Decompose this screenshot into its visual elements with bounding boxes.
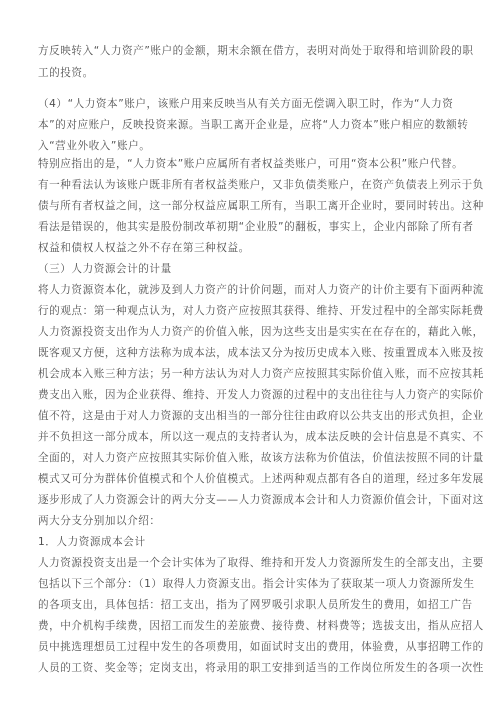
text-line: 值不符，这是由于对人力资源的支出相当的一部分往往由政府以公共支出的形式负担，企业 [38, 409, 484, 423]
text-line: （4）“人力资本”账户，该账户用来反映当从有关方面无偿调入职工时，作为“人力资 [38, 97, 453, 111]
text-line: 机会成本入账三种方法；另一种方法认为对人力资产应按照其实际价值入账，而不应按其耗 [38, 367, 484, 381]
text-line: 人员的工资、奖金等；定岗支出，将录用的职工安排到适当的工作岗位所发生的各项一次性 [38, 661, 484, 675]
text-line: 工的投资。 [38, 66, 94, 80]
heading-text: （三）人力资源会计的计量 [38, 262, 172, 276]
text-line: 逐步形成了人力资源会计的两大分支——人力资源成本会计和人力资源价值会计，下面对这 [38, 493, 484, 507]
heading-text: 1．人力资源成本会计 [38, 535, 146, 549]
text-line: 人力资源投资支出是一个会计实体为了取得、维持和开发人力资源所发生的全部支出，主要 [38, 556, 484, 570]
text-line: 特别应指出的是，“人力资本”账户应属所有者权益类账户，可用“资本公积”账户代替。 [38, 157, 463, 171]
text-line: 方反映转入“人力资产”账户的金额，期末余额在借方，表明对尚处于取得和培训阶段的职 [38, 44, 474, 58]
text-line: 权益和债权人权益之外不存在第三种权益。 [38, 241, 250, 255]
text-line: 入“营业外收入”账户。 [38, 139, 150, 153]
text-line: 的各项支出，具体包括：招工支出，指为了网罗吸引求职人员所发生的费用，如招工广告 [38, 598, 473, 612]
text-line: 人力资源投资支出作为人力资产的价值入帐，因为这些支出是实实在在存在的，藉此入帐， [38, 325, 484, 339]
text-line: 两大分支分别加以介绍： [38, 514, 161, 528]
text-line: 全面的，对人力资产应按照其实际价值入账，故该方法称为价值法，价值法按照不同的计量 [38, 451, 484, 465]
text-line: 债与所有者权益之间，这一部分权益应属职工所有，当职工离开企业时，要同时转出。这种 [38, 199, 484, 213]
text-line: 将人力资源资本化，就涉及到人力资产的计价问题，而对人力资产的计价主要有下面两种流 [38, 283, 484, 297]
text-line: 既客观又方便，这种方法称为成本法，成本法又分为按历史成本入账、按重置成本入账及按 [38, 346, 484, 360]
text-line: 费，中介机构手续费，因招工而发生的差旅费、接待费、材料费等；选拔支出，指从应招人 [38, 619, 484, 633]
text-line: 本”的对应账户，反映投资来源。当职工离开企业是，应将“人力资本”账户相应的数额转 [38, 118, 468, 132]
text-line: 看法是错误的，他其实是股份制改革初期“企业股”的翻板，事实上，企业内部除了所有者 [38, 220, 474, 234]
text-line: 行的观点：第一种观点认为，对人力资产应按照其获得、维持、开发过程中的全部实际耗费 [38, 304, 484, 318]
text-line: 员中挑选理想员工过程中发生的各项费用，如面试时支出的费用，体验费，从事招聘工作的 [38, 640, 484, 654]
text-line: 并不负担这一部分成本，所以这一观点的支持者认为，成本法反映的会计信息是不真实、不 [38, 430, 484, 444]
text-line: 模式又可分为群体价值模式和个人价值模式。上述两种观点都有各自的道理，经过多年发展 [38, 472, 484, 486]
text-line: 包括以下三个部分：（1）取得人力资源支出。指会计实体为了获取某一项人力资源所发生 [38, 577, 475, 591]
text-line: 有一种看法认为该账户既非所有者权益类账户，又非负债类账户，在资产负债表上列示于负 [38, 178, 484, 192]
text-line: 费支出入账，因为企业获得、维持、开发人力资源的过程中的支出往往与人力资产的实际价 [38, 388, 484, 402]
